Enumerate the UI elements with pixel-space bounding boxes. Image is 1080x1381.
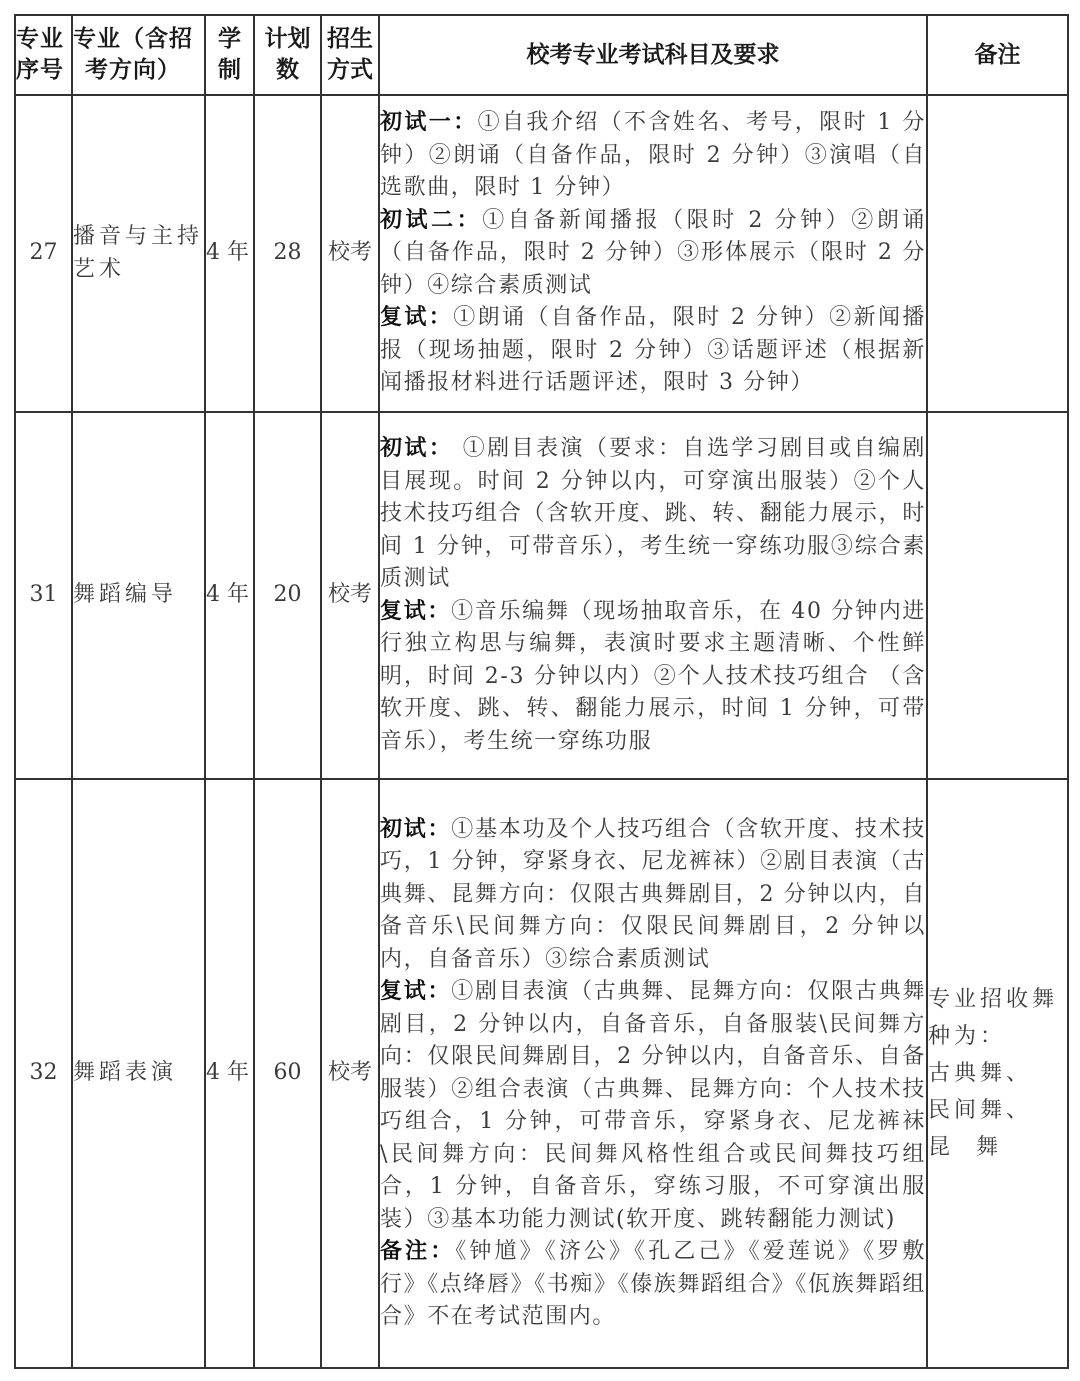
requirements-cell: 初试：①基本功及个人技巧组合（含软开度、技术技巧，1 分钟，穿紧身衣、尼龙裤袜）…: [379, 779, 927, 1368]
seq-cell: 31: [15, 412, 72, 779]
header-method: 招生 方式: [321, 15, 379, 95]
duration-cell: 4 年: [205, 95, 254, 412]
requirement-label: 初试：: [380, 817, 451, 842]
seq-cell: 32: [15, 779, 72, 1368]
header-duration: 学 制: [205, 15, 254, 95]
plan-cell: 60: [254, 779, 321, 1368]
requirement-label: 备注：: [380, 1239, 455, 1264]
table-row: 27 播音与主持艺术 4 年 28 校考 初试一：①自我介绍（不含姓名、考号，限…: [15, 95, 1068, 412]
requirement-item: 复试：①音乐编舞（现场抽取音乐，在 40 分钟内进行独立构思与编舞，表演时要求主…: [380, 596, 926, 759]
requirement-label: 初试：: [380, 436, 453, 461]
plan-cell: 28: [254, 95, 321, 412]
plan-cell: 20: [254, 412, 321, 779]
table-row: 32 舞蹈表演 4 年 60 校考 初试：①基本功及个人技巧组合（含软开度、技术…: [15, 779, 1068, 1368]
requirement-label: 复试：: [380, 599, 451, 624]
requirement-text: ①剧目表演（古典舞、昆舞方向：仅限古典舞剧目，2 分钟以内，自备音乐，自备服装\…: [380, 979, 926, 1232]
requirement-label: 复试：: [380, 979, 451, 1004]
major-cell: 舞蹈表演: [72, 779, 205, 1368]
header-row: 专业 序号 专业（含招 考方向） 学 制 计划 数 招生 方式 校考专业考试科目…: [15, 15, 1068, 95]
remarks-cell: [927, 412, 1068, 779]
header-remarks: 备注: [927, 15, 1068, 95]
admissions-table: 专业 序号 专业（含招 考方向） 学 制 计划 数 招生 方式 校考专业考试科目…: [14, 14, 1069, 1369]
requirement-item: 备注：《钟馗》《济公》《孔乙己》《爱莲说》《罗敷行》《点绛唇》《书痴》《傣族舞蹈…: [380, 1236, 926, 1334]
remarks-cell: [927, 95, 1068, 412]
seq-cell: 27: [15, 95, 72, 412]
duration-cell: 4 年: [205, 779, 254, 1368]
major-cell: 舞蹈编导: [72, 412, 205, 779]
major-cell: 播音与主持艺术: [72, 95, 205, 412]
requirement-item: 初试一：①自我介绍（不含姓名、考号，限时 1 分钟）②朗诵（自备作品，限时 2 …: [380, 107, 926, 205]
remarks-line: 专业招收舞种为：: [928, 981, 1067, 1055]
remarks-cell: 专业招收舞种为： 古典舞、 民间舞、 昆舞: [927, 779, 1068, 1368]
requirement-text: ①基本功及个人技巧组合（含软开度、技术技巧，1 分钟，穿紧身衣、尼龙裤袜）②剧目…: [380, 817, 926, 972]
header-major: 专业（含招 考方向）: [72, 15, 205, 95]
header-requirements: 校考专业考试科目及要求: [379, 15, 927, 95]
requirement-item: 初试二：①自备新闻播报（限时 2 分钟）②朗诵（自备作品，限时 2 分钟）③形体…: [380, 205, 926, 303]
requirements-cell: 初试一：①自我介绍（不含姓名、考号，限时 1 分钟）②朗诵（自备作品，限时 2 …: [379, 95, 927, 412]
requirement-item: 复试：①剧目表演（古典舞、昆舞方向：仅限古典舞剧目，2 分钟以内，自备音乐，自备…: [380, 976, 926, 1236]
requirement-label: 初试二：: [380, 208, 482, 233]
table-row: 31 舞蹈编导 4 年 20 校考 初试： ①剧目表演（要求：自选学习剧目或自编…: [15, 412, 1068, 779]
requirement-label: 初试一：: [380, 110, 478, 135]
header-plan: 计划 数: [254, 15, 321, 95]
duration-cell: 4 年: [205, 412, 254, 779]
requirement-text: 《钟馗》《济公》《孔乙己》《爱莲说》《罗敷行》《点绛唇》《书痴》《傣族舞蹈组合》…: [380, 1239, 926, 1329]
remarks-line: 昆舞: [928, 1129, 1067, 1166]
remarks-line: 古典舞、: [928, 1055, 1067, 1092]
method-cell: 校考: [321, 779, 379, 1368]
method-cell: 校考: [321, 95, 379, 412]
method-cell: 校考: [321, 412, 379, 779]
requirement-item: 初试： ①剧目表演（要求：自选学习剧目或自编剧目展现。时间 2 分钟以内，可穿演…: [380, 433, 926, 596]
requirements-cell: 初试： ①剧目表演（要求：自选学习剧目或自编剧目展现。时间 2 分钟以内，可穿演…: [379, 412, 927, 779]
requirement-text: ①剧目表演（要求：自选学习剧目或自编剧目展现。时间 2 分钟以内，可穿演出服装）…: [380, 436, 926, 591]
header-seq: 专业 序号: [15, 15, 72, 95]
requirement-item: 初试：①基本功及个人技巧组合（含软开度、技术技巧，1 分钟，穿紧身衣、尼龙裤袜）…: [380, 814, 926, 977]
requirement-label: 复试：: [380, 305, 453, 330]
remarks-line: 民间舞、: [928, 1092, 1067, 1129]
requirement-item: 复试：①朗诵（自备作品，限时 2 分钟）②新闻播报（现场抽题，限时 2 分钟）③…: [380, 302, 926, 400]
requirement-text: ①音乐编舞（现场抽取音乐，在 40 分钟内进行独立构思与编舞，表演时要求主题清晰…: [380, 599, 926, 754]
requirement-text: ①朗诵（自备作品，限时 2 分钟）②新闻播报（现场抽题，限时 2 分钟）③话题评…: [380, 305, 926, 395]
